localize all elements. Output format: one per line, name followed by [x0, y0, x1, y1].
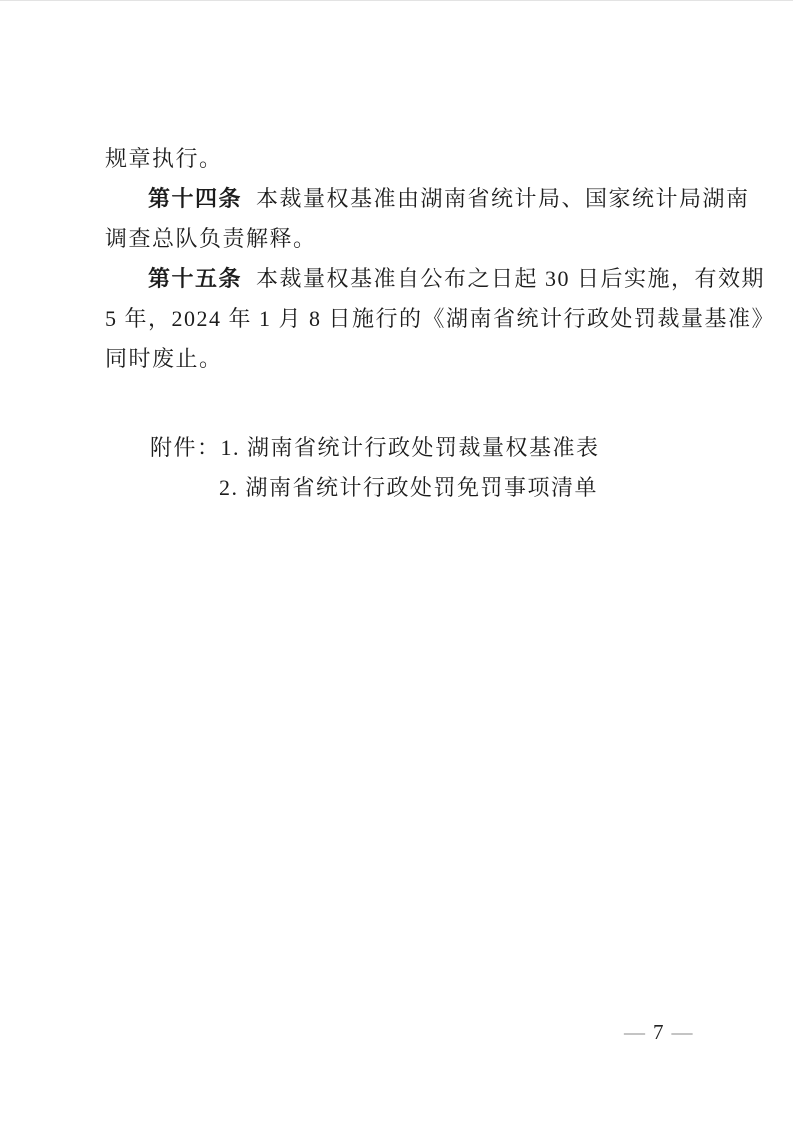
page-footer: —7— — [624, 1017, 693, 1047]
article-14-line-2: 调查总队负责解释。 — [105, 219, 698, 259]
paragraph-continuation-line: 规章执行。 — [105, 139, 698, 179]
article-15-text: 本裁量权基准自公布之日起 30 日后实施，有效期 — [256, 266, 765, 291]
attachments-label: 附件： — [150, 435, 221, 460]
article-15-line-3: 同时废止。 — [105, 339, 698, 379]
article-14-term: 第十四条 — [148, 186, 242, 211]
article-15-term: 第十五条 — [148, 266, 242, 291]
attachments-block: 附件：1. 湖南省统计行政处罚裁量权基准表 2. 湖南省统计行政处罚免罚事项清单 — [105, 428, 698, 508]
attachment-1-text: 1. 湖南省统计行政处罚裁量权基准表 — [221, 435, 600, 460]
page-number: 7 — [653, 1020, 664, 1044]
article-14-line-1: 第十四条本裁量权基准由湖南省统计局、国家统计局湖南 — [105, 179, 698, 219]
footer-dash-left: — — [624, 1020, 645, 1044]
article-14-text: 本裁量权基准由湖南省统计局、国家统计局湖南 — [256, 186, 750, 211]
article-15-line-1: 第十五条本裁量权基准自公布之日起 30 日后实施，有效期 — [105, 259, 698, 299]
attachment-item-1: 附件：1. 湖南省统计行政处罚裁量权基准表 — [105, 428, 698, 468]
document-body: 规章执行。 第十四条本裁量权基准由湖南省统计局、国家统计局湖南 调查总队负责解释… — [105, 139, 698, 508]
attachment-item-2: 2. 湖南省统计行政处罚免罚事项清单 — [219, 468, 698, 508]
article-15-line-2: 5 年，2024 年 1 月 8 日施行的《湖南省统计行政处罚裁量基准》 — [105, 299, 698, 339]
footer-dash-right: — — [672, 1020, 693, 1044]
document-page: 规章执行。 第十四条本裁量权基准由湖南省统计局、国家统计局湖南 调查总队负责解释… — [0, 0, 793, 1123]
